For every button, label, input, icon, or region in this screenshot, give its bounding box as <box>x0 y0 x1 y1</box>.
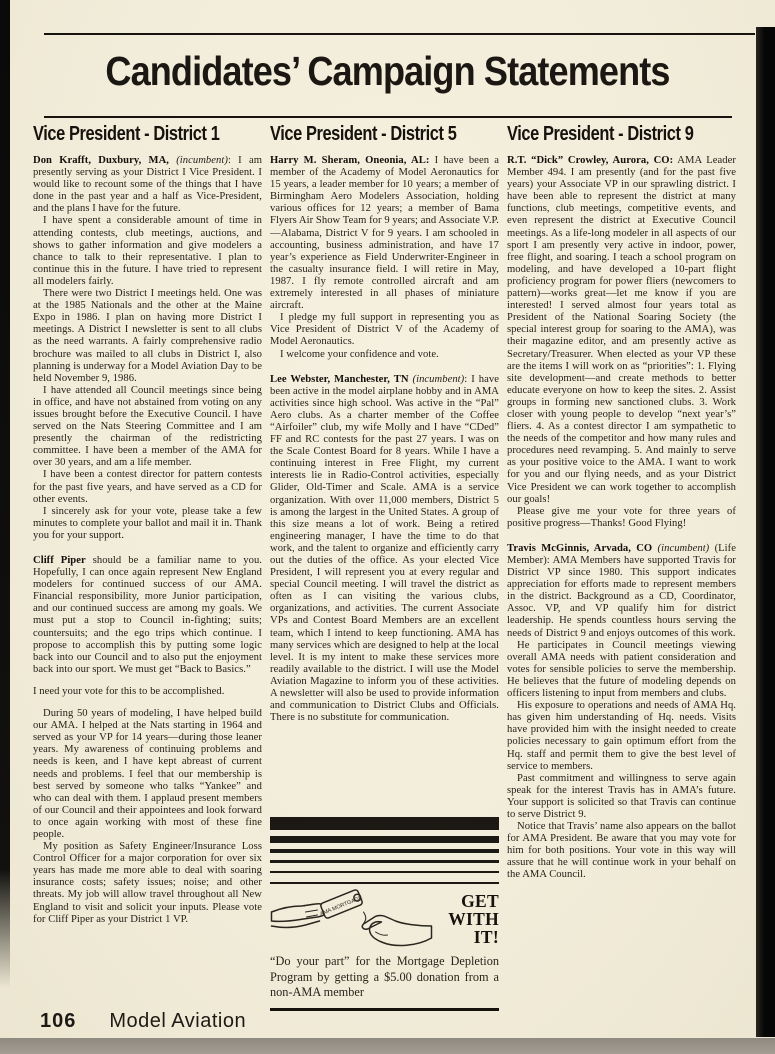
page-title: Candidates’ Campaign Statements <box>47 48 729 95</box>
district-1-header: Vice President - District 1 <box>33 123 221 146</box>
district-5-header: Vice President - District 5 <box>270 123 458 146</box>
candidate-statement-don-krafft: Don Krafft, Duxbury, MA, (incumbent): I … <box>33 155 262 542</box>
statement-text: AMA Leader Member 494. I am presently (a… <box>507 155 736 505</box>
paragraph: R.T. “Dick” Crowley, Aurora, CO: AMA Lea… <box>507 155 736 506</box>
paragraph: Harry M. Sheram, Oneonia, AL: I have bee… <box>270 155 499 312</box>
title-rule <box>44 116 732 118</box>
statement-text: should be a familiar name to you. Hopefu… <box>33 555 262 675</box>
paragraph: Lee Webster, Manchester, TN (incumbent):… <box>270 374 499 725</box>
paragraph: I have attended all Council meetings sin… <box>33 385 262 470</box>
incumbent-tag: (incumbent) <box>413 374 465 385</box>
candidate-name: Harry M. Sheram, Oneonia, AL: <box>270 155 429 166</box>
candidate-statement-lee-webster: Lee Webster, Manchester, TN (incumbent):… <box>270 374 499 725</box>
paragraph: My position as Safety Engineer/Insurance… <box>33 841 262 926</box>
paragraph: Travis McGinnis, Arvada, CO (incumbent) … <box>507 543 736 640</box>
paragraph: Past commitment and willingness to serve… <box>507 773 736 821</box>
candidate-statement-travis-mcginnis: Travis McGinnis, Arvada, CO (incumbent) … <box>507 543 736 882</box>
paragraph: I pledge my full support in representing… <box>270 312 499 348</box>
hands-money-illustration: AMA MORTGAGE <box>270 888 433 950</box>
magazine-page: Candidates’ Campaign Statements Vice Pre… <box>0 0 775 1040</box>
candidate-statement-harry-sheram: Harry M. Sheram, Oneonia, AL: I have bee… <box>270 155 499 361</box>
column-district-5: Vice President - District 5 Harry M. She… <box>270 123 499 1011</box>
candidate-name: Travis McGinnis, Arvada, CO <box>507 543 658 554</box>
ad-headline-line: IT! <box>433 928 499 946</box>
paragraph: He participates in Council meetings view… <box>507 640 736 700</box>
speed-bar <box>270 860 499 863</box>
paragraph: I have been a contest director for patte… <box>33 469 262 505</box>
candidate-statement-dick-crowley: R.T. “Dick” Crowley, Aurora, CO: AMA Lea… <box>507 155 736 530</box>
speed-bar <box>270 849 499 853</box>
statement-text: : I have been active in the model airpla… <box>270 374 499 724</box>
statement-text: (Life Member): AMA Members have supporte… <box>507 543 736 639</box>
paragraph: His exposure to operations and needs of … <box>507 700 736 773</box>
candidate-name: Cliff Piper <box>33 555 86 566</box>
ad-headline-line: GET <box>433 892 499 910</box>
paragraph: Notice that Travis’ name also appears on… <box>507 821 736 881</box>
paragraph: Please give me your vote for three years… <box>507 506 736 530</box>
paragraph: I welcome your confidence and vote. <box>270 349 499 361</box>
candidate-name: Lee Webster, Manchester, TN <box>270 374 413 385</box>
statements-columns: Vice President - District 1 Don Krafft, … <box>33 123 745 1011</box>
get-with-it-ad: AMA MORTGAGE GET WITH IT! <box>270 807 499 1011</box>
page-number: 106 <box>40 1010 76 1032</box>
magazine-name: Model Aviation <box>109 1010 246 1032</box>
paragraph: I have spent a considerable amount of ti… <box>33 215 262 288</box>
top-rule <box>44 33 755 35</box>
speed-bar <box>270 871 499 873</box>
paragraph: There were two District I meetings held.… <box>33 288 262 385</box>
page-footer: 106Model Aviation <box>40 1010 246 1033</box>
district-9-header: Vice President - District 9 <box>507 123 695 146</box>
statement-text: I have been a member of the Academy of M… <box>270 155 499 311</box>
paragraph: I need your vote for this to be accompli… <box>33 686 262 698</box>
candidate-name: Don Krafft, Duxbury, MA, <box>33 155 176 166</box>
paragraph: Cliff Piper should be a familiar name to… <box>33 555 262 676</box>
paragraph: During 50 years of modeling, I have help… <box>33 708 262 841</box>
dollar-bill-icon: AMA MORTGAGE <box>317 889 365 921</box>
candidate-name: R.T. “Dick” Crowley, Aurora, CO: <box>507 155 673 166</box>
candidate-statement-cliff-piper: Cliff Piper should be a familiar name to… <box>33 555 262 926</box>
incumbent-tag: (incumbent) <box>658 543 710 554</box>
paragraph: Don Krafft, Duxbury, MA, (incumbent): I … <box>33 155 262 215</box>
ad-headline-line: WITH <box>433 910 499 928</box>
column-district-1: Vice President - District 1 Don Krafft, … <box>33 123 262 1011</box>
incumbent-tag: (incumbent) <box>176 155 228 166</box>
scan-edge-bottom <box>0 1038 775 1054</box>
ad-rule <box>270 1008 499 1011</box>
column-district-9: Vice President - District 9 R.T. “Dick” … <box>507 123 736 1011</box>
ad-headline: GET WITH IT! <box>433 888 499 946</box>
ad-caption: “Do your part” for the Mortgage Depletio… <box>270 954 499 1001</box>
speed-bar <box>270 882 499 884</box>
speed-bar <box>270 817 499 830</box>
paragraph: I sincerely ask for your vote, please ta… <box>33 506 262 542</box>
speed-bar <box>270 836 499 843</box>
